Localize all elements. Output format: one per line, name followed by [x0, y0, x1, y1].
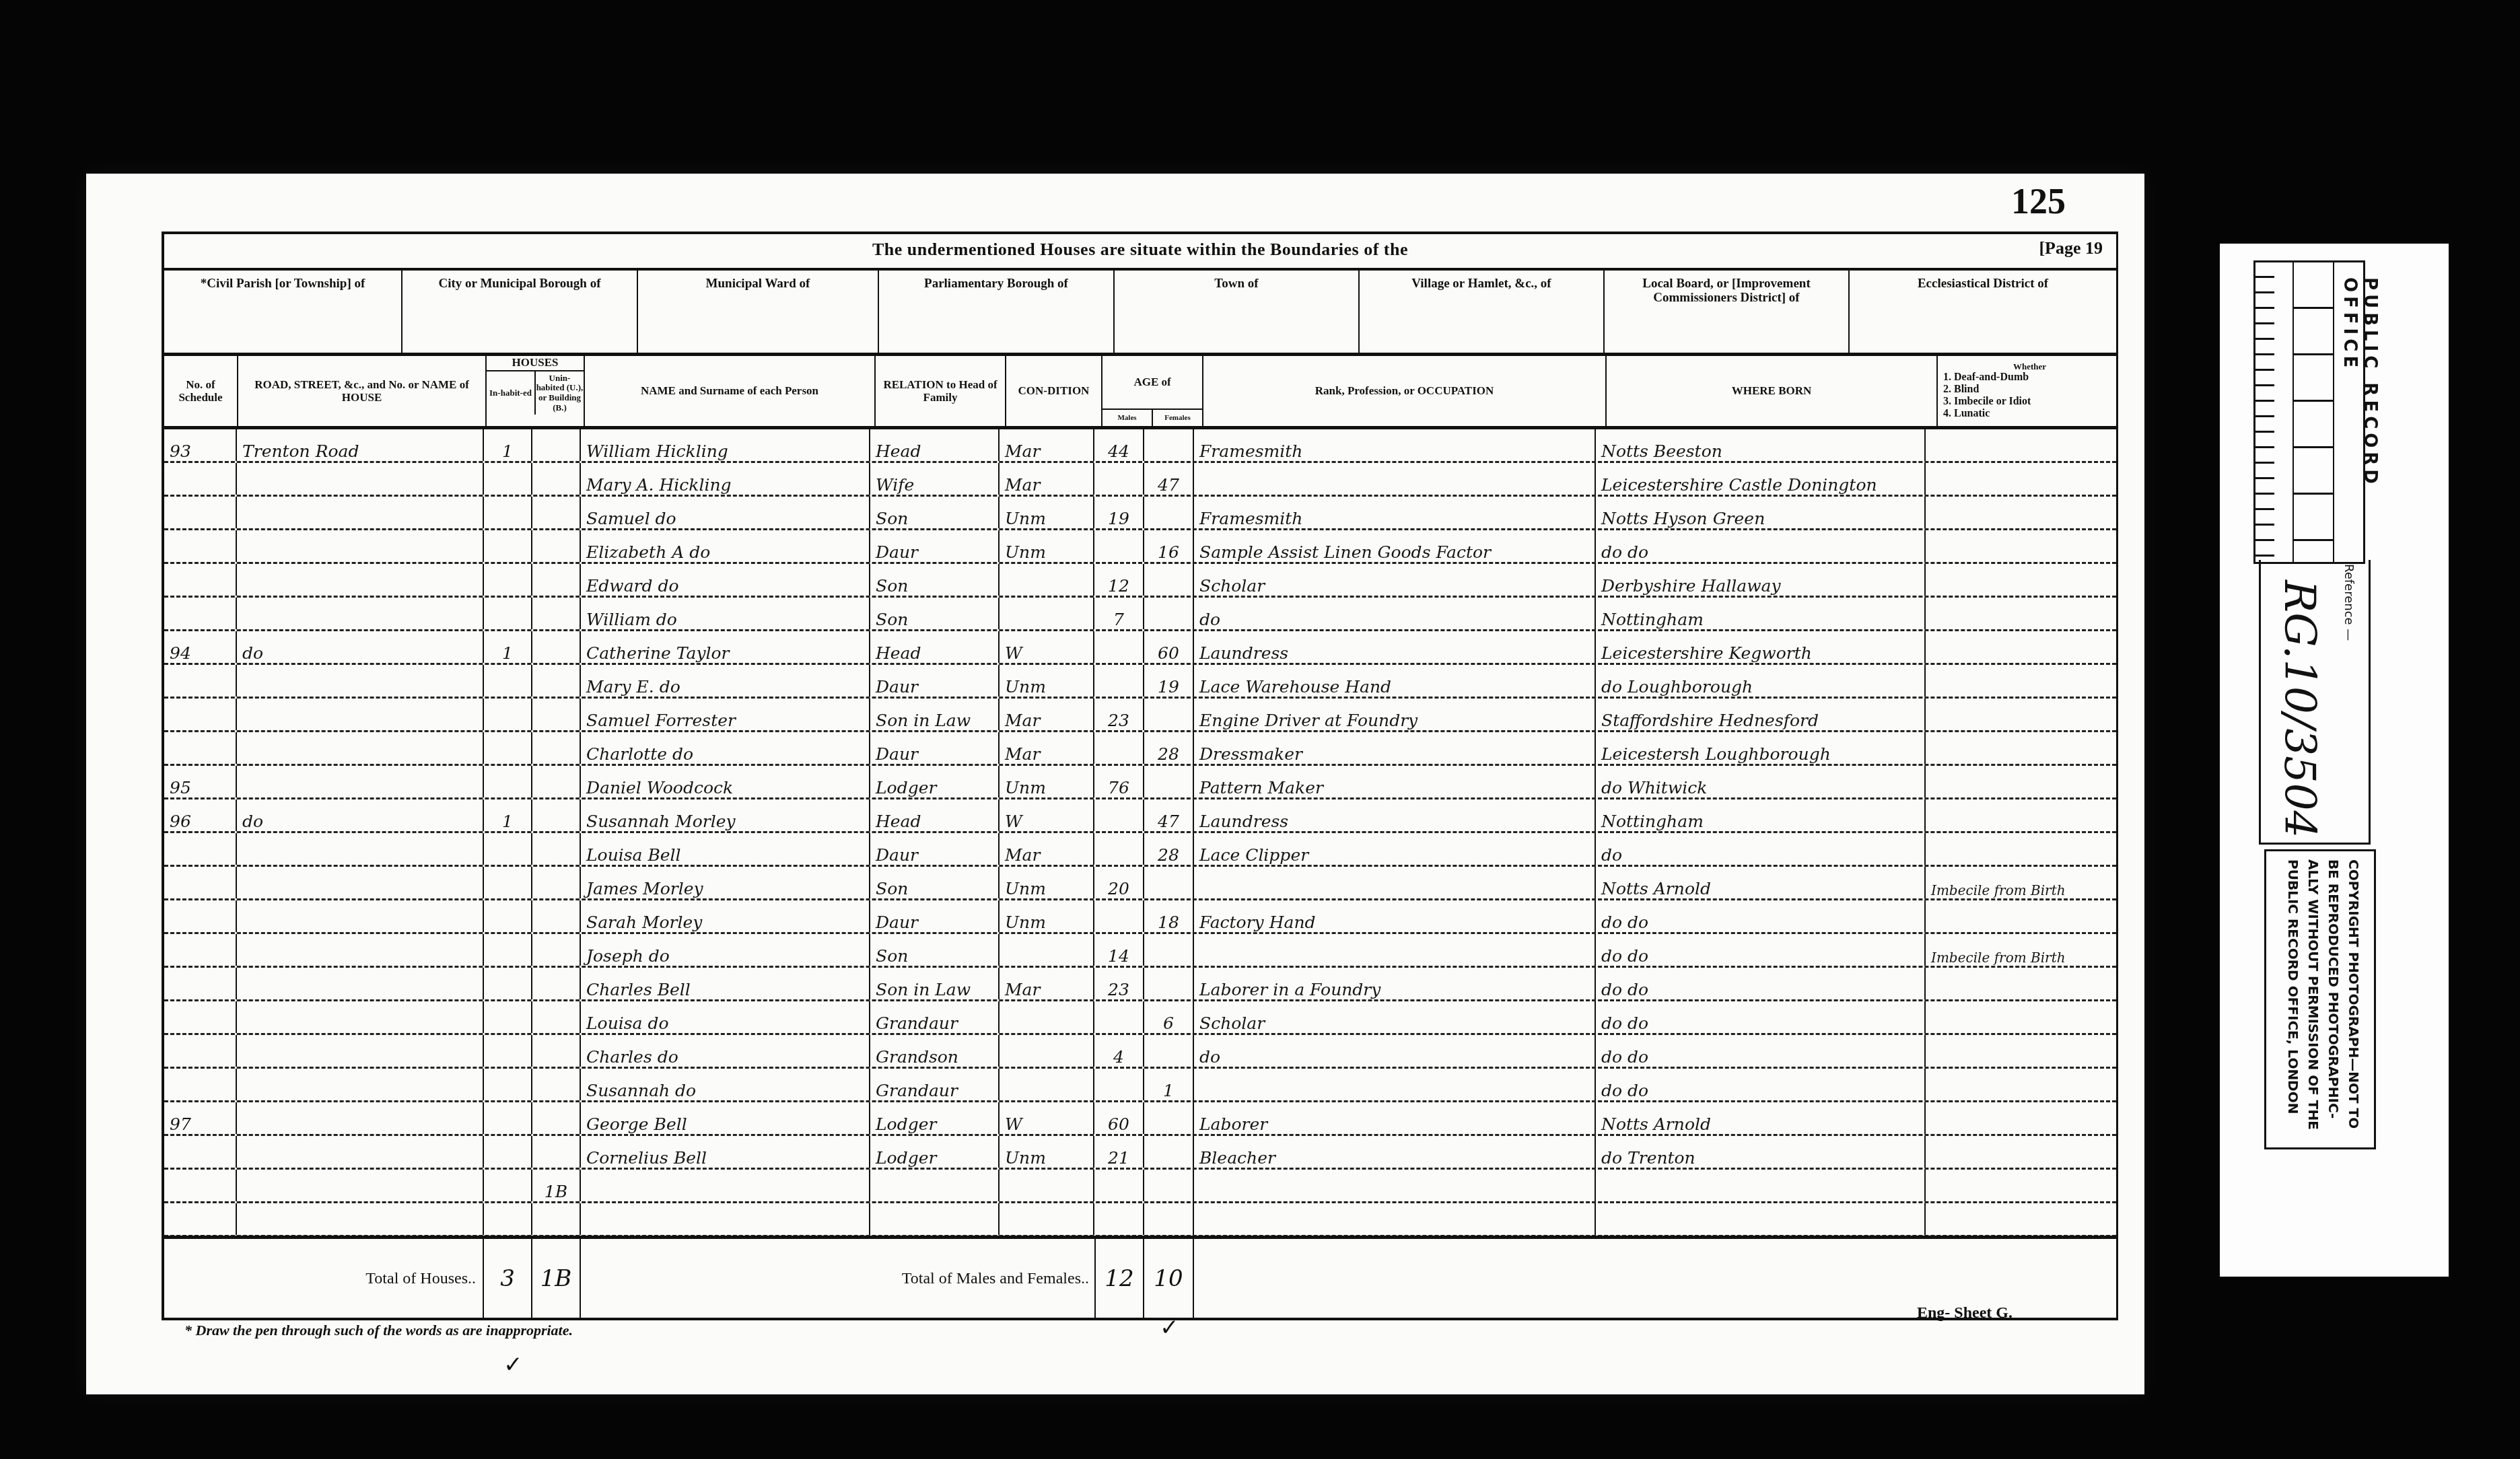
houses-uninhabited-cell: [532, 1102, 581, 1134]
birthplace-cell: do do: [1596, 1001, 1926, 1033]
person-name-cell: Cornelius Bell: [581, 1136, 870, 1168]
person-name-cell: Charles do: [581, 1035, 870, 1067]
infirmity-cell: [1926, 530, 2096, 562]
houses-uninhabited-cell: [532, 463, 581, 495]
age-male-cell: 60: [1094, 1102, 1144, 1134]
houses-uninhabited-cell: [532, 1001, 581, 1033]
public-record-office-card: PUBLIC RECORD OFFICE Reference — RG.10/3…: [2220, 244, 2449, 1277]
age-female-cell: 47: [1144, 799, 1194, 831]
age-female-cell: 60: [1144, 631, 1194, 663]
occupation-cell: do: [1194, 598, 1596, 629]
table-row: James MorleySonUnm20Notts ArnoldImbecile…: [164, 867, 2116, 900]
schedule-number-cell: 96: [164, 799, 237, 831]
boundary-town: Town of: [1115, 271, 1360, 353]
age-male-cell: [1094, 463, 1144, 495]
census-sheet: 125 The undermentioned Houses are situat…: [86, 174, 2144, 1394]
relation-to-head-cell: Son in Law: [870, 968, 1000, 999]
occupation-cell: [1194, 1170, 1596, 1201]
marital-condition-cell: [1000, 598, 1094, 629]
person-name-cell: Louisa do: [581, 1001, 870, 1033]
table-row: Samuel doSonUnm19FramesmithNotts Hyson G…: [164, 497, 2116, 530]
occupation-cell: [1194, 867, 1596, 898]
houses-inhabited-cell: [484, 732, 532, 764]
table-row: 97George BellLodgerW60LaborerNotts Arnol…: [164, 1102, 2116, 1136]
person-name-cell: William do: [581, 598, 870, 629]
road-name-cell: [237, 1102, 484, 1134]
age-male-cell: [1094, 665, 1144, 697]
check-mark-icon: ✓: [1160, 1314, 1179, 1341]
age-male-cell: [1094, 833, 1144, 865]
age-female-cell: 1: [1144, 1069, 1194, 1100]
birthplace-cell: do do: [1596, 968, 1926, 999]
relation-to-head-cell: Daur: [870, 530, 1000, 562]
road-name-cell: do: [237, 631, 484, 663]
header-where-born: WHERE BORN: [1607, 356, 1938, 426]
age-male-cell: 19: [1094, 497, 1144, 528]
occupation-cell: Lace Clipper: [1194, 833, 1596, 865]
birthplace-cell: Notts Arnold: [1596, 867, 1926, 898]
boundary-parliamentary-borough: Parliamentary Borough of: [879, 271, 1115, 353]
age-female-cell: 18: [1144, 900, 1194, 932]
birthplace-cell: Derbyshire Hallaway: [1596, 564, 1926, 596]
schedule-number-cell: 97: [164, 1102, 237, 1134]
marital-condition-cell: Unm: [1000, 766, 1094, 797]
age-female-cell: [1144, 766, 1194, 797]
road-name-cell: [237, 1170, 484, 1201]
age-male-cell: [1094, 799, 1144, 831]
table-row: Charles doGrandson4dodo do: [164, 1035, 2116, 1069]
relation-to-head-cell: Grandaur: [870, 1001, 1000, 1033]
schedule-number-cell: [164, 530, 237, 562]
reference-box: Reference — RG.10/3504: [2259, 560, 2371, 845]
relation-to-head-cell: Lodger: [870, 1136, 1000, 1168]
houses-inhabited-cell: [484, 530, 532, 562]
age-male-cell: 7: [1094, 598, 1144, 629]
age-male-cell: [1094, 1203, 1144, 1235]
infirmity-cell: [1926, 631, 2096, 663]
table-row: Louisa BellDaurMar28Lace Clipperdo: [164, 833, 2116, 867]
age-female-cell: [1144, 1203, 1194, 1235]
occupation-cell: Scholar: [1194, 564, 1596, 596]
marital-condition-cell: Mar: [1000, 429, 1094, 461]
road-name-cell: [237, 1035, 484, 1067]
houses-inhabited-cell: [484, 699, 532, 730]
total-houses-uninhabited: 1B: [532, 1239, 581, 1318]
header-road: ROAD, STREET, &c., and No. or NAME of HO…: [238, 356, 487, 426]
birthplace-cell: Nottingham: [1596, 598, 1926, 629]
relation-to-head-cell: Son: [870, 598, 1000, 629]
houses-inhabited-cell: [484, 766, 532, 797]
age-female-cell: [1144, 1170, 1194, 1201]
relation-to-head-cell: Daur: [870, 900, 1000, 932]
age-female-cell: 16: [1144, 530, 1194, 562]
relation-to-head-cell: Grandaur: [870, 1069, 1000, 1100]
occupation-cell: Laborer: [1194, 1102, 1596, 1134]
houses-inhabited-cell: 1: [484, 429, 532, 461]
boundary-ecclesiastical: Ecclesiastical District of: [1850, 271, 2116, 353]
total-houses-inhabited: 3: [484, 1239, 532, 1318]
birthplace-cell: do do: [1596, 934, 1926, 966]
houses-inhabited-cell: [484, 598, 532, 629]
road-name-cell: [237, 900, 484, 932]
road-name-cell: [237, 867, 484, 898]
ruler-cm: [2294, 262, 2334, 562]
houses-inhabited-cell: [484, 1069, 532, 1100]
infirmity-cell: [1926, 833, 2096, 865]
houses-uninhabited-cell: [532, 799, 581, 831]
houses-inhabited-cell: [484, 867, 532, 898]
infirmity-cell: [1926, 598, 2096, 629]
copyright-notice: COPYRIGHT PHOTOGRAPH—NOT TO BE REPRODUCE…: [2264, 849, 2376, 1149]
infirmity-cell: [1926, 1069, 2096, 1100]
houses-inhabited-cell: [484, 1170, 532, 1201]
table-row: Joseph doSon14do doImbecile from Birth: [164, 934, 2116, 968]
houses-inhabited-cell: [484, 934, 532, 966]
houses-inhabited-cell: [484, 1102, 532, 1134]
infirmity-cell: [1926, 799, 2096, 831]
schedule-number-cell: 93: [164, 429, 237, 461]
infirmity-cell: [1926, 968, 2096, 999]
road-name-cell: [237, 699, 484, 730]
person-name-cell: James Morley: [581, 867, 870, 898]
schedule-number-cell: [164, 1001, 237, 1033]
schedule-number-cell: [164, 497, 237, 528]
marital-condition-cell: [1000, 564, 1094, 596]
marital-condition-cell: Mar: [1000, 732, 1094, 764]
table-row: William doSon7doNottingham: [164, 598, 2116, 631]
boundary-civil-parish: *Civil Parish [or Township] of: [164, 271, 403, 353]
occupation-cell: Laundress: [1194, 631, 1596, 663]
marital-condition-cell: [1000, 1170, 1094, 1201]
birthplace-cell: do Trenton: [1596, 1136, 1926, 1168]
occupation-cell: [1194, 463, 1596, 495]
schedule-number-cell: [164, 1136, 237, 1168]
table-row: Louisa doGrandaur6Scholardo do: [164, 1001, 2116, 1035]
houses-uninhabited-cell: [532, 766, 581, 797]
marital-condition-cell: Unm: [1000, 1136, 1094, 1168]
boundaries-row: *Civil Parish [or Township] of City or M…: [164, 271, 2116, 356]
boundary-municipal-ward: Municipal Ward of: [638, 271, 879, 353]
occupation-cell: Sample Assist Linen Goods Factor: [1194, 530, 1596, 562]
houses-uninhabited-cell: [532, 699, 581, 730]
relation-to-head-cell: Grandson: [870, 1035, 1000, 1067]
age-male-cell: 4: [1094, 1035, 1144, 1067]
schedule-number-cell: 95: [164, 766, 237, 797]
age-male-cell: [1094, 1069, 1144, 1100]
birthplace-cell: do: [1596, 833, 1926, 865]
marital-condition-cell: W: [1000, 1102, 1094, 1134]
infirmity-cell: Imbecile from Birth: [1926, 867, 2096, 898]
age-female-cell: [1144, 699, 1194, 730]
schedule-number-cell: [164, 463, 237, 495]
table-row: 93Trenton Road1William HicklingHeadMar44…: [164, 429, 2116, 463]
houses-uninhabited-cell: [532, 1136, 581, 1168]
header-houses: HOUSES In-habit-ed Unin-habited (U.), or…: [487, 356, 585, 426]
road-name-cell: do: [237, 799, 484, 831]
houses-uninhabited-cell: [532, 833, 581, 865]
birthplace-cell: Leicestershire Kegworth: [1596, 631, 1926, 663]
schedule-number-cell: [164, 1203, 237, 1235]
person-name-cell: William Hickling: [581, 429, 870, 461]
footnote: * Draw the pen through such of the words…: [184, 1322, 573, 1339]
person-name-cell: George Bell: [581, 1102, 870, 1134]
houses-uninhabited-cell: 1B: [532, 1170, 581, 1201]
marital-condition-cell: Mar: [1000, 968, 1094, 999]
age-female-cell: 28: [1144, 833, 1194, 865]
road-name-cell: [237, 833, 484, 865]
person-name-cell: Joseph do: [581, 934, 870, 966]
schedule-number-cell: [164, 934, 237, 966]
check-mark-icon: ✓: [503, 1351, 523, 1378]
age-female-cell: [1144, 564, 1194, 596]
age-male-cell: 44: [1094, 429, 1144, 461]
road-name-cell: [237, 1001, 484, 1033]
age-male-cell: [1094, 732, 1144, 764]
relation-to-head-cell: Son in Law: [870, 699, 1000, 730]
infirmity-cell: [1926, 1035, 2096, 1067]
relation-to-head-cell: Daur: [870, 665, 1000, 697]
relation-to-head-cell: Head: [870, 429, 1000, 461]
person-name-cell: Mary A. Hickling: [581, 463, 870, 495]
houses-inhabited-cell: [484, 665, 532, 697]
occupation-cell: do: [1194, 1035, 1596, 1067]
houses-inhabited-cell: 1: [484, 631, 532, 663]
table-row: 95Daniel WoodcockLodgerUnm76Pattern Make…: [164, 766, 2116, 799]
person-name-cell: Susannah do: [581, 1069, 870, 1100]
houses-inhabited-cell: [484, 1136, 532, 1168]
age-female-cell: [1144, 1035, 1194, 1067]
occupation-cell: [1194, 934, 1596, 966]
infirmity-cell: Imbecile from Birth: [1926, 934, 2096, 966]
schedule-number-cell: [164, 900, 237, 932]
houses-uninhabited-cell: [532, 631, 581, 663]
table-row: Sarah MorleyDaurUnm18Factory Handdo do: [164, 900, 2116, 934]
age-male-cell: 20: [1094, 867, 1144, 898]
age-female-cell: 19: [1144, 665, 1194, 697]
houses-inhabited-cell: [484, 900, 532, 932]
age-female-cell: [1144, 429, 1194, 461]
birthplace-cell: Leicestersh Loughborough: [1596, 732, 1926, 764]
boundary-municipal-borough: City or Municipal Borough of: [403, 271, 638, 353]
birthplace-cell: Notts Hyson Green: [1596, 497, 1926, 528]
age-female-cell: [1144, 867, 1194, 898]
birthplace-cell: do Loughborough: [1596, 665, 1926, 697]
relation-to-head-cell: Wife: [870, 463, 1000, 495]
infirmity-cell: [1926, 463, 2096, 495]
marital-condition-cell: Mar: [1000, 699, 1094, 730]
person-name-cell: Catherine Taylor: [581, 631, 870, 663]
marital-condition-cell: [1000, 1069, 1094, 1100]
table-row: Mary A. HicklingWifeMar47Leicestershire …: [164, 463, 2116, 497]
schedule-number-cell: [164, 732, 237, 764]
occupation-cell: Bleacher: [1194, 1136, 1596, 1168]
houses-uninhabited-cell: [532, 429, 581, 461]
table-row: Charles BellSon in LawMar23Laborer in a …: [164, 968, 2116, 1001]
road-name-cell: [237, 1136, 484, 1168]
houses-inhabited-cell: [484, 497, 532, 528]
relation-to-head-cell: Lodger: [870, 1102, 1000, 1134]
infirmity-cell: [1926, 1136, 2096, 1168]
marital-condition-cell: Mar: [1000, 833, 1094, 865]
header-name: NAME and Surname of each Person: [585, 356, 876, 426]
form-banner: The undermentioned Houses are situate wi…: [164, 234, 2116, 271]
age-female-cell: 6: [1144, 1001, 1194, 1033]
age-male-cell: [1094, 1001, 1144, 1033]
road-name-cell: [237, 934, 484, 966]
relation-to-head-cell: Son: [870, 934, 1000, 966]
marital-condition-cell: Unm: [1000, 665, 1094, 697]
houses-inhabited-cell: [484, 463, 532, 495]
birthplace-cell: Staffordshire Hednesford: [1596, 699, 1926, 730]
person-name-cell: Samuel do: [581, 497, 870, 528]
age-male-cell: 76: [1094, 766, 1144, 797]
table-row: 1B: [164, 1170, 2116, 1203]
houses-inhabited-cell: [484, 1001, 532, 1033]
houses-label: HOUSES: [487, 356, 584, 371]
houses-uninhabited-cell: [532, 497, 581, 528]
road-name-cell: [237, 598, 484, 629]
houses-uninhabited-cell: [532, 900, 581, 932]
marital-condition-cell: Mar: [1000, 463, 1094, 495]
houses-uninhabited-cell: [532, 665, 581, 697]
road-name-cell: [237, 564, 484, 596]
occupation-cell: [1194, 1203, 1596, 1235]
relation-to-head-cell: Son: [870, 497, 1000, 528]
occupation-cell: Lace Warehouse Hand: [1194, 665, 1596, 697]
marital-condition-cell: [1000, 1035, 1094, 1067]
infirmity-cell: [1926, 732, 2096, 764]
birthplace-cell: do do: [1596, 1069, 1926, 1100]
age-female-cell: [1144, 968, 1194, 999]
infirmity-cell: [1926, 900, 2096, 932]
road-name-cell: [237, 497, 484, 528]
folio-number: 125: [2011, 180, 2066, 222]
road-name-cell: [237, 1069, 484, 1100]
census-form: The undermentioned Houses are situate wi…: [162, 232, 2118, 1320]
infirmity-cell: [1926, 564, 2096, 596]
schedule-number-cell: [164, 867, 237, 898]
birthplace-cell: do Whitwick: [1596, 766, 1926, 797]
occupation-cell: Laundress: [1194, 799, 1596, 831]
person-name-cell: Daniel Woodcock: [581, 766, 870, 797]
infirmity-cell: [1926, 766, 2096, 797]
table-row: Mary E. doDaurUnm19Lace Warehouse Handdo…: [164, 665, 2116, 699]
birthplace-cell: Notts Arnold: [1596, 1102, 1926, 1134]
age-male-cell: 21: [1094, 1136, 1144, 1168]
header-infirmities: Whether 1. Deaf-and-Dumb 2. Blind 3. Imb…: [1938, 356, 2116, 426]
relation-to-head-cell: Head: [870, 631, 1000, 663]
table-row: Charlotte doDaurMar28DressmakerLeicester…: [164, 732, 2116, 766]
houses-inhabited-cell: [484, 1035, 532, 1067]
age-male-cell: [1094, 1170, 1144, 1201]
houses-uninhabited-cell: [532, 1035, 581, 1067]
relation-to-head-cell: Daur: [870, 833, 1000, 865]
marital-condition-cell: Unm: [1000, 530, 1094, 562]
relation-to-head-cell: Daur: [870, 732, 1000, 764]
column-header-row: No. of Schedule ROAD, STREET, &c., and N…: [164, 356, 2116, 429]
birthplace-cell: Leicestershire Castle Donington: [1596, 463, 1926, 495]
person-name-cell: Charlotte do: [581, 732, 870, 764]
road-name-cell: [237, 463, 484, 495]
schedule-number-cell: [164, 1170, 237, 1201]
reference-number: RG.10/3504: [2274, 580, 2324, 838]
age-male-cell: 23: [1094, 968, 1144, 999]
scale-ruler: PUBLIC RECORD OFFICE: [2253, 260, 2365, 564]
relation-to-head-cell: Lodger: [870, 766, 1000, 797]
table-row: Cornelius BellLodgerUnm21Bleacherdo Tren…: [164, 1136, 2116, 1170]
houses-uninhabited-cell: [532, 530, 581, 562]
relation-to-head-cell: Head: [870, 799, 1000, 831]
relation-to-head-cell: [870, 1203, 1000, 1235]
total-males: 12: [1094, 1239, 1144, 1318]
marital-condition-cell: Unm: [1000, 497, 1094, 528]
road-name-cell: [237, 530, 484, 562]
birthplace-cell: do do: [1596, 900, 1926, 932]
header-females: Females: [1153, 410, 1202, 426]
marital-condition-cell: [1000, 1203, 1094, 1235]
houses-uninhabited-cell: [532, 732, 581, 764]
occupation-cell: Scholar: [1194, 1001, 1596, 1033]
total-females: 10: [1144, 1239, 1194, 1318]
relation-to-head-cell: [870, 1170, 1000, 1201]
road-name-cell: [237, 968, 484, 999]
birthplace-cell: Notts Beeston: [1596, 429, 1926, 461]
houses-uninhabited-cell: [532, 867, 581, 898]
age-female-cell: [1144, 1102, 1194, 1134]
reference-label: Reference —: [2342, 564, 2356, 641]
age-male-cell: [1094, 530, 1144, 562]
boundary-village: Village or Hamlet, &c., of: [1360, 271, 1605, 353]
road-name-cell: Trenton Road: [237, 429, 484, 461]
age-male-cell: 23: [1094, 699, 1144, 730]
houses-uninhabited-cell: [532, 598, 581, 629]
schedule-number-cell: [164, 833, 237, 865]
houses-inhabited-cell: [484, 564, 532, 596]
marital-condition-cell: Unm: [1000, 867, 1094, 898]
person-name-cell: Elizabeth A do: [581, 530, 870, 562]
person-name-cell: Louisa Bell: [581, 833, 870, 865]
header-schedule: No. of Schedule: [164, 356, 238, 426]
header-males: Males: [1102, 410, 1153, 426]
houses-uninhabited-cell: [532, 1203, 581, 1235]
age-male-cell: [1094, 900, 1144, 932]
ruler-title: PUBLIC RECORD OFFICE: [2334, 262, 2363, 562]
marital-condition-cell: [1000, 1001, 1094, 1033]
table-row: 96do1Susannah MorleyHeadW47LaundressNott…: [164, 799, 2116, 833]
total-persons-label: Total of Males and Females..: [581, 1239, 1094, 1318]
table-row: Samuel ForresterSon in LawMar23Engine Dr…: [164, 699, 2116, 732]
marital-condition-cell: Unm: [1000, 900, 1094, 932]
occupation-cell: Framesmith: [1194, 497, 1596, 528]
houses-inhabited-cell: 1: [484, 799, 532, 831]
houses-inhabited-cell: [484, 968, 532, 999]
banner-text: The undermentioned Houses are situate wi…: [164, 240, 2116, 260]
infirmity-cell: [1926, 1001, 2096, 1033]
schedule-number-cell: 94: [164, 631, 237, 663]
ruler-ticks: [2255, 262, 2294, 562]
age-male-cell: 12: [1094, 564, 1144, 596]
header-condition: CON-DITION: [1006, 356, 1102, 426]
road-name-cell: [237, 766, 484, 797]
houses-uninhabited-cell: [532, 934, 581, 966]
infirmity-cell: [1926, 1170, 2096, 1201]
marital-condition-cell: [1000, 934, 1094, 966]
person-name-cell: Charles Bell: [581, 968, 870, 999]
age-male-cell: 14: [1094, 934, 1144, 966]
houses-inhabited-cell: [484, 833, 532, 865]
occupation-cell: Framesmith: [1194, 429, 1596, 461]
age-label: AGE of: [1102, 356, 1202, 410]
